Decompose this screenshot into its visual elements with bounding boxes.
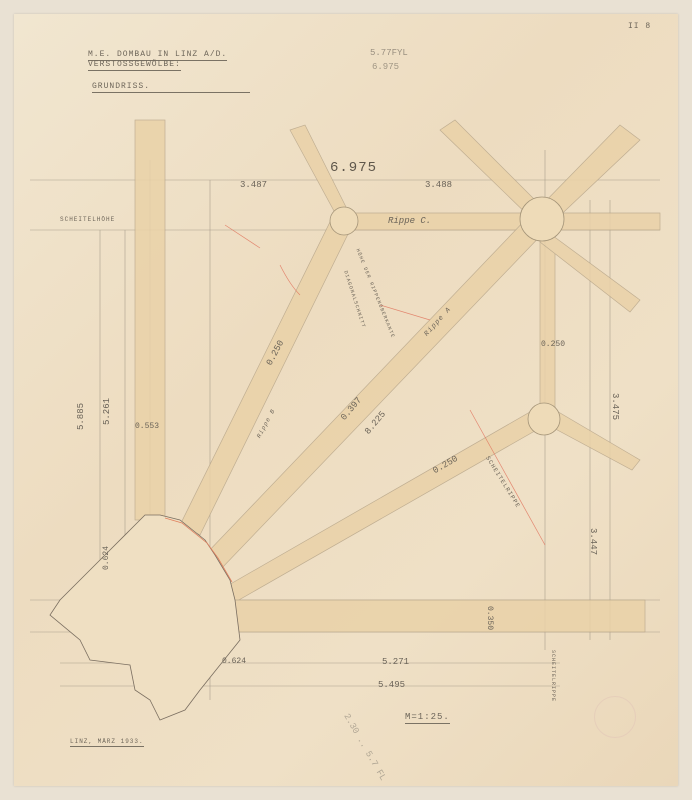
dim-bottom-right-small: 0.350 [485,606,494,630]
dim-pier-width: 0.553 [135,422,159,431]
dim-right-upper: 3.475 [610,393,620,420]
dim-boss-rib-width: 0.250 [541,340,565,349]
dim-top-total: 6.975 [330,160,377,176]
pier-section [50,515,240,720]
pencil-note-top: 5.77FYL [370,48,408,58]
subtitle: GRUNDRISS. [92,82,250,93]
dim-left-outer: 5.885 [76,403,86,430]
dim-bottom-inner: 5.271 [382,657,409,667]
title-line-2: VERSTOSSGEWÖLBE: [88,60,181,71]
page-number: II 8 [628,22,651,31]
date-signature: LINZ, MÄRZ 1933. [70,738,144,747]
archive-stamp [594,696,636,738]
vert-note: SCHEITELRIPPE [550,650,556,702]
scale-label: M=1:25. [405,712,450,724]
label-rippe-c: Rippe C. [388,216,431,226]
dim-corner-left: 0.624 [102,546,111,570]
pencil-note-top-sub: 6.975 [372,62,399,72]
label-scheitelhoehe: SCHEITELHÖHE [60,216,115,223]
dim-top-left: 3.487 [240,180,267,190]
dim-top-right: 3.488 [425,180,452,190]
dim-left-inner: 5.261 [102,398,112,425]
dim-corner-bottom: 0.624 [222,657,246,666]
dim-bottom-outer: 5.495 [378,680,405,690]
dim-right-lower: 3.447 [588,528,598,555]
